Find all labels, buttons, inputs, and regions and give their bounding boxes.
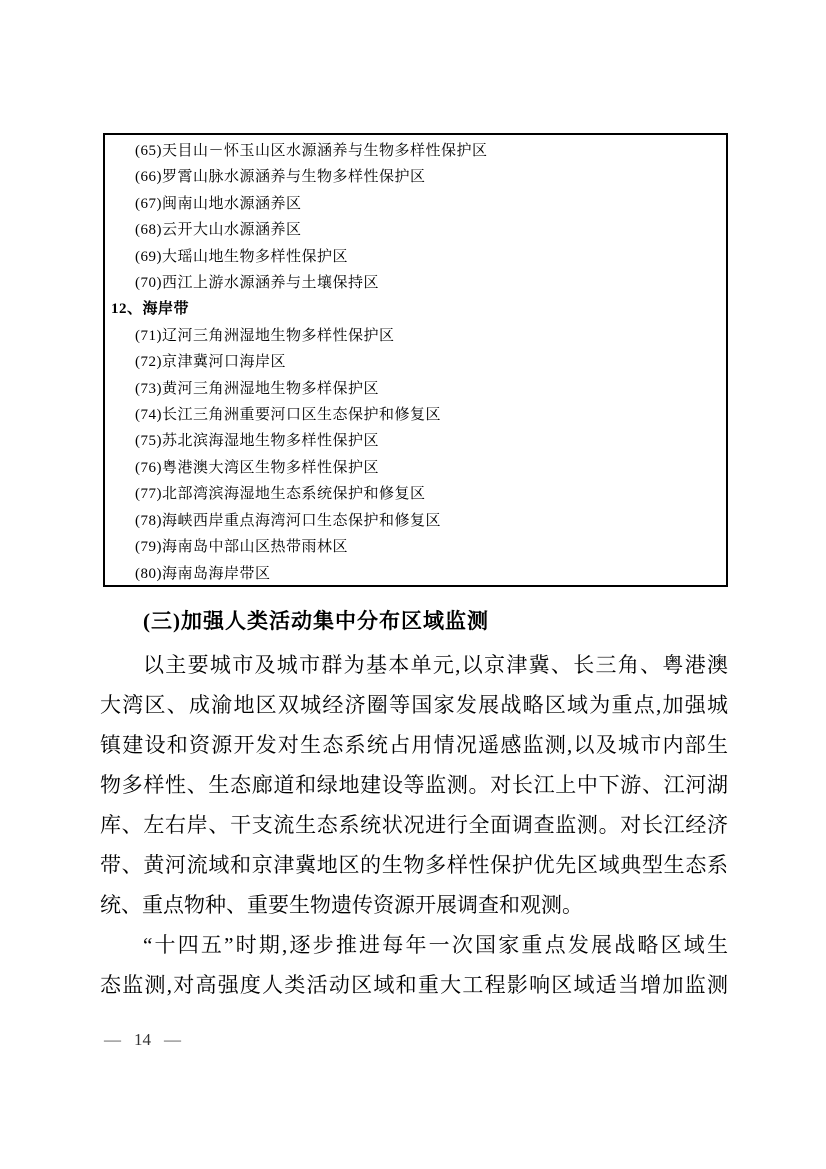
paragraph-line: 统、重点物种、重要生物遗传资源开展调查和观测。 bbox=[100, 885, 728, 925]
list-item: (80)海南岛海岸带区 bbox=[109, 561, 720, 587]
paragraph-line: 大湾区、成渝地区双城经济圈等国家发展战略区域为重点,加强城 bbox=[100, 685, 728, 725]
list-item: (79)海南岛中部山区热带雨林区 bbox=[109, 534, 720, 560]
list-item: (71)辽河三角洲湿地生物多样性保护区 bbox=[109, 323, 720, 349]
page-number-left-dash: — bbox=[104, 1030, 121, 1050]
section-heading: (三)加强人类活动集中分布区域监测 bbox=[143, 607, 489, 635]
list-item: (75)苏北滨海湿地生物多样性保护区 bbox=[109, 428, 720, 454]
paragraph: 以主要城市及城市群为基本单元,以京津冀、长三角、粤港澳 大湾区、成渝地区双城经济… bbox=[100, 645, 728, 925]
list-item: (68)云开大山水源涵养区 bbox=[109, 217, 720, 243]
paragraph: “十四五”时期,逐步推进每年一次国家重点发展战略区域生 态监测,对高强度人类活动… bbox=[100, 925, 728, 1005]
page-number-value: 14 bbox=[134, 1030, 151, 1050]
list-item: (74)长江三角洲重要河口区生态保护和修复区 bbox=[109, 402, 720, 428]
list-item: (69)大瑶山地生物多样性保护区 bbox=[109, 244, 720, 270]
list-section-header: 12、海岸带 bbox=[109, 296, 720, 322]
list-item: (65)天目山－怀玉山区水源涵养与生物多样性保护区 bbox=[109, 138, 720, 164]
list-item: (77)北部湾滨海湿地生态系统保护和修复区 bbox=[109, 481, 720, 507]
list-item: (67)闽南山地水源涵养区 bbox=[109, 191, 720, 217]
paragraph-line: 库、左右岸、干支流生态系统状况进行全面调查监测。对长江经济 bbox=[100, 805, 728, 845]
page-number: — 14 — bbox=[104, 1030, 181, 1050]
list-item: (76)粤港澳大湾区生物多样性保护区 bbox=[109, 455, 720, 481]
paragraph-line: “十四五”时期,逐步推进每年一次国家重点发展战略区域生 bbox=[100, 925, 728, 965]
region-list-box: (65)天目山－怀玉山区水源涵养与生物多样性保护区 (66)罗霄山脉水源涵养与生… bbox=[103, 133, 728, 587]
list-item: (73)黄河三角洲湿地生物多样保护区 bbox=[109, 376, 720, 402]
document-page: (65)天目山－怀玉山区水源涵养与生物多样性保护区 (66)罗霄山脉水源涵养与生… bbox=[0, 0, 826, 1169]
paragraph-line: 物多样性、生态廊道和绿地建设等监测。对长江上中下游、江河湖 bbox=[100, 765, 728, 805]
page-number-right-dash: — bbox=[164, 1030, 181, 1050]
list-item: (72)京津冀河口海岸区 bbox=[109, 349, 720, 375]
list-item: (70)西江上游水源涵养与土壤保持区 bbox=[109, 270, 720, 296]
paragraph-line: 带、黄河流域和京津冀地区的生物多样性保护优先区域典型生态系 bbox=[100, 845, 728, 885]
paragraph-line: 镇建设和资源开发对生态系统占用情况遥感监测,以及城市内部生 bbox=[100, 725, 728, 765]
paragraph-line: 态监测,对高强度人类活动区域和重大工程影响区域适当增加监测 bbox=[100, 965, 728, 1005]
body-text: 以主要城市及城市群为基本单元,以京津冀、长三角、粤港澳 大湾区、成渝地区双城经济… bbox=[100, 645, 728, 1005]
list-item: (66)罗霄山脉水源涵养与生物多样性保护区 bbox=[109, 164, 720, 190]
paragraph-line: 以主要城市及城市群为基本单元,以京津冀、长三角、粤港澳 bbox=[100, 645, 728, 685]
list-item: (78)海峡西岸重点海湾河口生态保护和修复区 bbox=[109, 508, 720, 534]
